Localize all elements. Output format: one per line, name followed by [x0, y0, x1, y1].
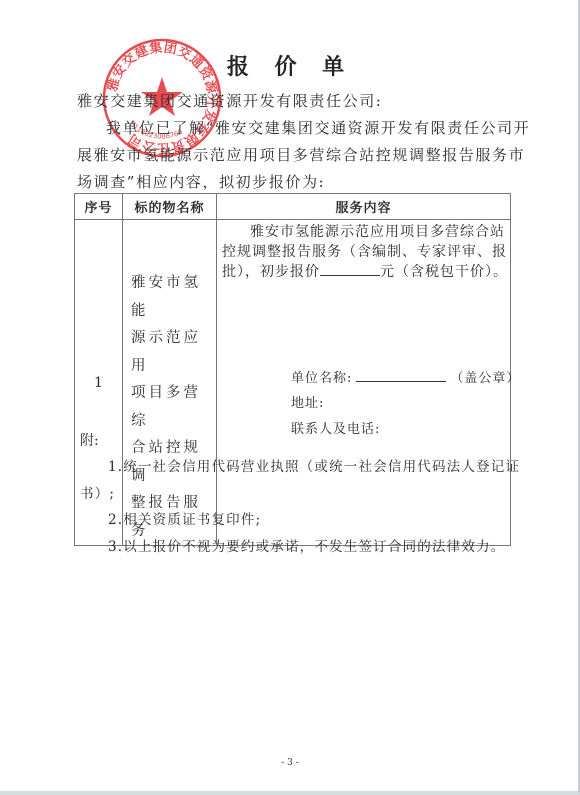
- table-row: 1 雅安市氢能 源示范应用 项目多营综 合站控规调 整报告服务 雅安市氢能源示范…: [75, 220, 511, 546]
- table-header-row: 序号 标的物名称 服务内容: [75, 194, 511, 220]
- intro-line-2: 展雅安市氢能源示范应用项目多营综合站控规调整报告服务市: [77, 144, 525, 165]
- intro-line-3: 场调查”相应内容，拟初步报价为:: [77, 171, 325, 192]
- row-item-name: 雅安市氢能 源示范应用 项目多营综 合站控规调 整报告服务: [123, 220, 217, 546]
- addressee: 雅安交建集团交通资源开发有限责任公司:: [77, 90, 382, 111]
- unit-name-label: 单位名称:: [291, 371, 352, 386]
- header-item-name: 标的物名称: [123, 194, 217, 220]
- page-number: - 3 -: [0, 758, 580, 768]
- quote-table: 序号 标的物名称 服务内容 1 雅安市氢能 源示范应用 项目多营综 合站控规调 …: [74, 193, 511, 546]
- unit-name-blank-field[interactable]: [356, 371, 446, 382]
- attachment-item-3: 3.以上报价不视为要约或承诺，不发生签订合同的法律效力。: [108, 535, 505, 555]
- header-service-content: 服务内容: [217, 194, 511, 220]
- intro-line-1: 我单位已了解“雅安交建集团交通资源开发有限责任公司开: [106, 117, 530, 138]
- unit-name-line: 单位名称:（盖公章）: [291, 367, 520, 386]
- attachment-item-1: 1.统一社会信用代码营业执照（或统一社会信用代码法人登记证: [108, 455, 520, 475]
- document-page: 雅安交建集团交通资源开发有限责任公司 5118023086760 报 价 单 雅…: [0, 0, 580, 795]
- unit-seal-note: （盖公章）: [450, 371, 520, 386]
- item-name-line: 源示范应用: [131, 325, 216, 380]
- contact-label: 联系人及电话:: [291, 418, 380, 437]
- document-title: 报 价 单: [0, 50, 580, 81]
- address-label: 地址:: [291, 392, 324, 411]
- service-text-after: 元（含税包干价）。: [380, 264, 508, 280]
- attachments-label: 附:: [80, 430, 99, 450]
- service-description: 雅安市氢能源示范应用项目多营综合站控规调整报告服务（含编制、专家评审、报批），初…: [222, 222, 512, 282]
- item-name-line: 雅安市氢能: [131, 270, 216, 325]
- item-name-line: 项目多营综: [131, 380, 216, 435]
- attachment-item-1-cont: 书）;: [80, 482, 115, 502]
- header-no: 序号: [75, 194, 123, 220]
- row-service-content: 雅安市氢能源示范应用项目多营综合站控规调整报告服务（含编制、专家评审、报批），初…: [217, 220, 511, 546]
- attachment-item-2: 2.相关资质证书复印件;: [108, 508, 261, 528]
- price-blank-field[interactable]: [320, 263, 380, 276]
